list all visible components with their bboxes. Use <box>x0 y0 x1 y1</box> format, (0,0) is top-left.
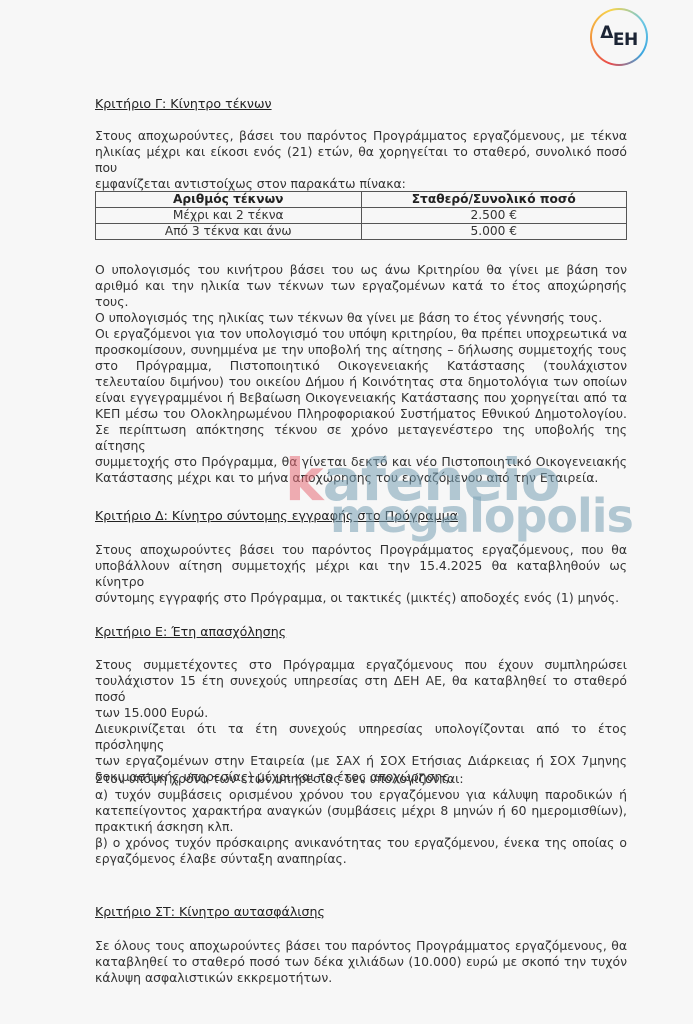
paragraph-criterion-c-intro: Στους αποχωρούντες, βάσει του παρόντος Π… <box>95 128 627 192</box>
text-line: υποβάλλουν αίτηση συμμετοχής μέχρι και τ… <box>95 558 627 590</box>
heading-criterion-c: Κριτήριο Γ: Κίνητρο τέκνων <box>95 96 272 112</box>
table-header-row: Αριθμός τέκνων Σταθερό/Συνολικό ποσό <box>96 192 627 208</box>
text-line: Οι εργαζόμενοι για τον υπολογισμό του υπ… <box>95 326 627 342</box>
text-line: Στους συμμετέχοντες στο Πρόγραμμα εργαζό… <box>95 657 627 673</box>
text-line: ηλικίας μέχρι και είκοσι ενός (21) ετών,… <box>95 144 627 176</box>
watermark-k-letter: k <box>285 446 323 514</box>
text-line: Σε όλους τους αποχωρούντες βάσει του παρ… <box>95 938 627 954</box>
text-line: πρακτική άσκηση κλπ. <box>95 819 627 835</box>
text-line: στο Πρόγραμμα, Πιστοποιητικό Οικογενειακ… <box>95 358 627 374</box>
logo-letter-delta: Δ <box>600 23 613 43</box>
text-line: τουλάχιστον 15 έτη συνεχούς υπηρεσίας στ… <box>95 673 627 705</box>
heading-criterion-f: Κριτήριο ΣΤ: Κίνητρο αυτασφάλισης <box>95 904 325 920</box>
text-line: β) ο χρόνος τυχόν πρόσκαιρης ανικανότητα… <box>95 835 627 851</box>
document-page: ΔΕΗ Κριτήριο Γ: Κίνητρο τέκνων Στους απο… <box>0 0 693 1024</box>
paragraph-criterion-e-exclusions: Στον υπόψη χρόνο των ετών υπηρεσίας δεν … <box>95 771 627 867</box>
text-line: αριθμό και την ηλικία των τέκνων των εργ… <box>95 278 627 310</box>
table-row: Μέχρι και 2 τέκνα 2.500 € <box>96 208 627 224</box>
text-line: των 15.000 Ευρώ. <box>95 705 627 721</box>
text-line: Στους αποχωρούντες βάσει του παρόντος Πρ… <box>95 542 627 558</box>
text-line: τελευταίου διμήνου) του οικείου Δήμου ή … <box>95 374 627 390</box>
text-line: εργαζόμενος έλαβε σύνταξη αναπηρίας. <box>95 851 627 867</box>
text-line: προσκομίσουν, συνημμένα με την υποβολή τ… <box>95 342 627 358</box>
text-line: κατεπείγοντος χαρακτήρα αναγκών (συμβάσε… <box>95 803 627 819</box>
table-cell: Από 3 τέκνα και άνω <box>96 224 362 240</box>
children-incentive-table: Αριθμός τέκνων Σταθερό/Συνολικό ποσό Μέχ… <box>95 191 627 240</box>
column-header-children: Αριθμός τέκνων <box>96 192 362 208</box>
watermark-megalopolis: megalopolis <box>330 492 633 540</box>
table-row: Από 3 τέκνα και άνω 5.000 € <box>96 224 627 240</box>
text-line: κάλυψη ασφαλιστικών εκκρεμοτήτων. <box>95 970 627 986</box>
text-line: Ο υπολογισμός του κινήτρου βάσει του ως … <box>95 262 627 278</box>
deh-logo: ΔΕΗ <box>590 8 648 66</box>
paragraph-criterion-e-main: Στους συμμετέχοντες στο Πρόγραμμα εργαζό… <box>95 657 627 785</box>
paragraph-criterion-f: Σε όλους τους αποχωρούντες βάσει του παρ… <box>95 938 627 986</box>
table-cell: 2.500 € <box>361 208 627 224</box>
text-line: των εργαζομένων στην Εταιρεία (με ΣΑΧ ή … <box>95 753 627 769</box>
text-line: Διευκρινίζεται ότι τα έτη συνεχούς υπηρε… <box>95 721 627 753</box>
paragraph-criterion-c-calculation: Ο υπολογισμός του κινήτρου βάσει του ως … <box>95 262 627 326</box>
text-line: Ο υπολογισμός της ηλικίας των τέκνων θα … <box>95 310 627 326</box>
text-line: Στους αποχωρούντες, βάσει του παρόντος Π… <box>95 128 627 144</box>
text-line: σύντομης εγγραφής στο Πρόγραμμα, οι τακτ… <box>95 590 627 606</box>
heading-criterion-e: Κριτήριο Ε: Έτη απασχόλησης <box>95 624 286 640</box>
text-line: ΚΕΠ μέσω του Ολοκληρωμένου Πληροφοριακού… <box>95 406 627 422</box>
logo-letters-eh: ΕΗ <box>613 30 638 50</box>
text-line: Στον υπόψη χρόνο των ετών υπηρεσίας δεν … <box>95 771 627 787</box>
text-line: εμφανίζεται αντιστοίχως στον παρακάτω πί… <box>95 176 627 192</box>
text-line: καταβληθεί το σταθερό ποσό των δέκα χιλι… <box>95 954 627 970</box>
text-line: είναι εγγεγραμμένοι ή Βεβαίωση Οικογενει… <box>95 390 627 406</box>
table-cell: 5.000 € <box>361 224 627 240</box>
text-line: α) τυχόν συμβάσεις ορισμένου χρόνου του … <box>95 787 627 803</box>
paragraph-criterion-d: Στους αποχωρούντες βάσει του παρόντος Πρ… <box>95 542 627 606</box>
column-header-amount: Σταθερό/Συνολικό ποσό <box>361 192 627 208</box>
table-cell: Μέχρι και 2 τέκνα <box>96 208 362 224</box>
